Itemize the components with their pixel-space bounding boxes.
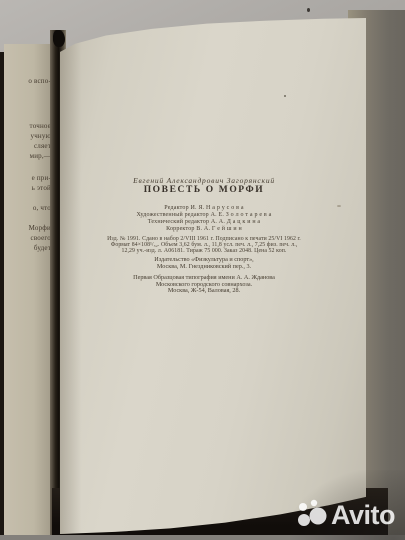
left-page-text-fragment: сляет [34,142,51,150]
avito-watermark-text: Avito [331,498,395,532]
left-page-text-fragment: ь этой [32,184,51,192]
avito-logo-icon [296,498,328,532]
imprint-line: 12,29 уч.-изд. л. А06181. Тираж 75 000. … [68,248,340,254]
left-page-text-fragment: мир,— [30,152,51,160]
colophon-page: Евгений Александрович Загорянский ПОВЕСТ… [60,18,366,534]
cover-corner [53,30,65,47]
left-page-text-fragment: о, что [33,204,51,212]
proofreader-line: Корректор В. А. Г е й ш и н [68,226,340,232]
editor-line: Редактор И. Я. Н а р у с о в а [68,205,340,211]
dust-speck [337,205,341,207]
avito-watermark: Avito [296,498,395,532]
book-photo: о вспо- точное учную сляет мир,— е при- … [0,0,405,540]
left-page-text-fragment: своего [31,234,51,242]
left-page-text-fragment: Морфи [29,224,51,232]
left-page-text-fragment: точное [30,122,51,130]
book-author: Евгений Александрович Загорянский [68,176,340,185]
left-page-text-fragment: учную [31,132,52,140]
art-editor-line: Художественный редактор А. Е. З о л о т … [68,212,340,218]
dust-speck [262,276,264,278]
left-page-text-fragment: о вспо- [28,77,51,85]
book-title: ПОВЕСТЬ О МОРФИ [68,185,340,195]
publisher-line: Москва, М. Гнездниковский пер., 3. [68,263,340,270]
dust-speck [307,8,310,12]
dust-speck [284,95,286,97]
printer-line: Москва, Ж-54, Валовая, 28. [68,287,340,294]
left-page-text-fragment: е при- [32,174,51,182]
technical-editor-line: Технический редактор А. А. Д а ц к и н а [68,219,340,225]
left-page-text-fragment: будет [34,244,51,252]
